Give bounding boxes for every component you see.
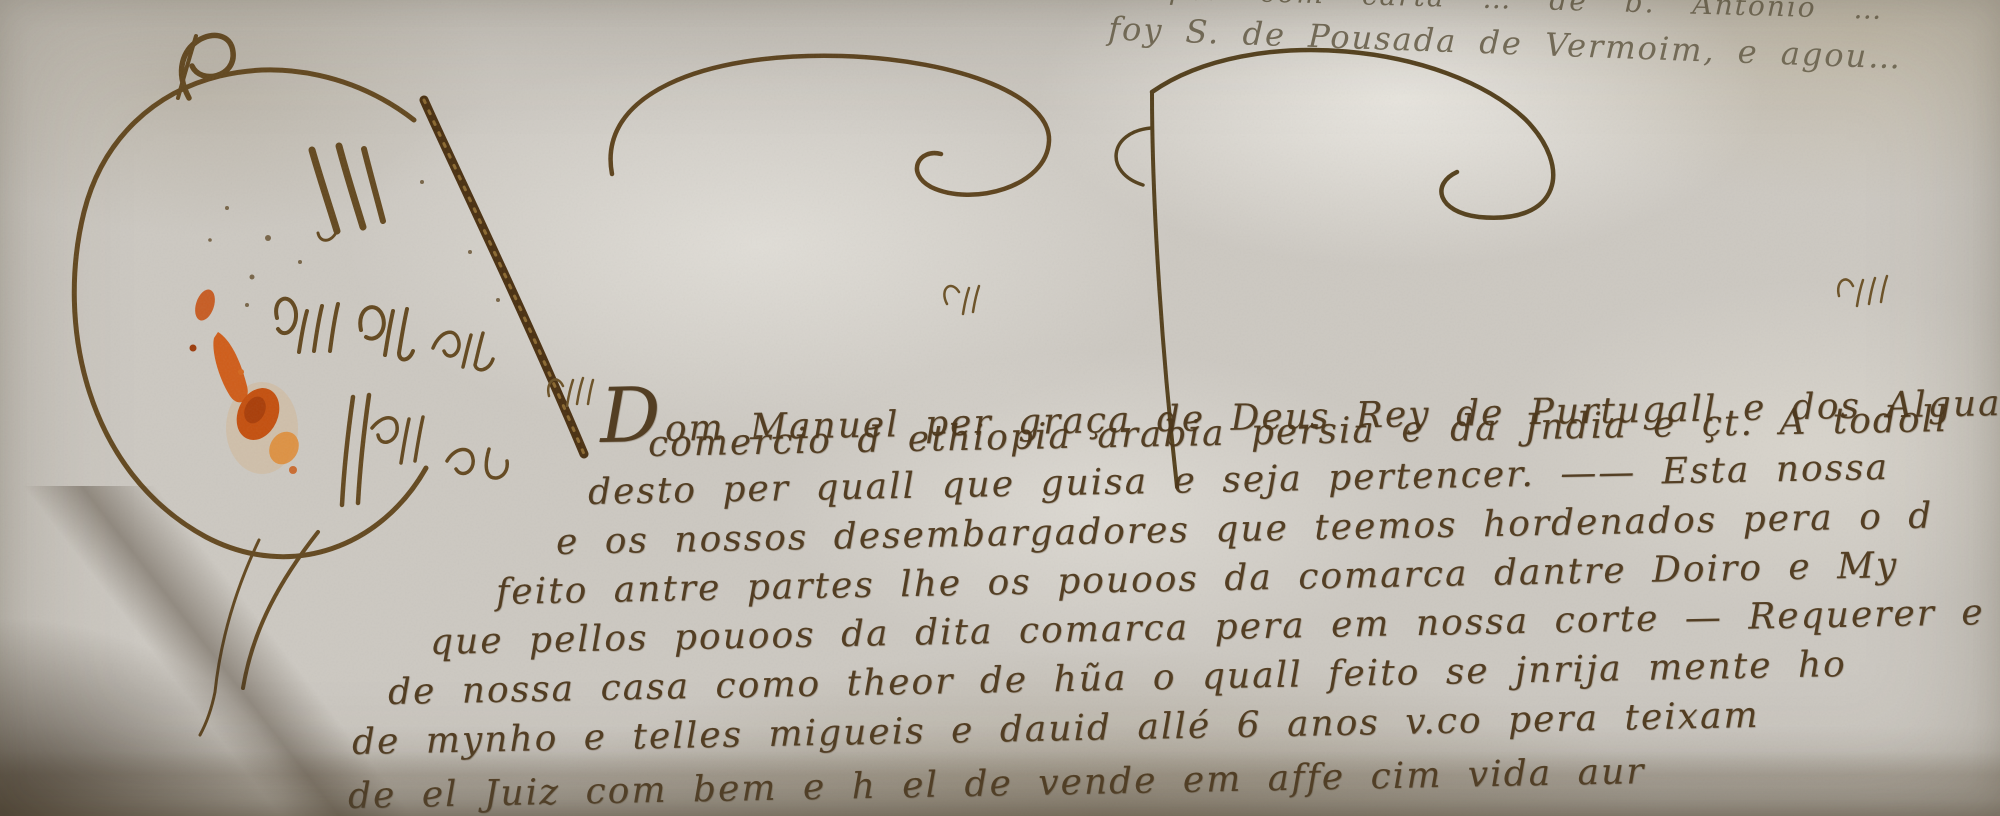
charter-text: Dom Manuel per graça de Deus Rey de Purt…: [0, 0, 2000, 816]
parchment-page: … por com carta … de b. Antonio … foy S.…: [0, 0, 2000, 816]
charter-line: de el Juiz com bem e h el de vende em af…: [348, 751, 1646, 816]
